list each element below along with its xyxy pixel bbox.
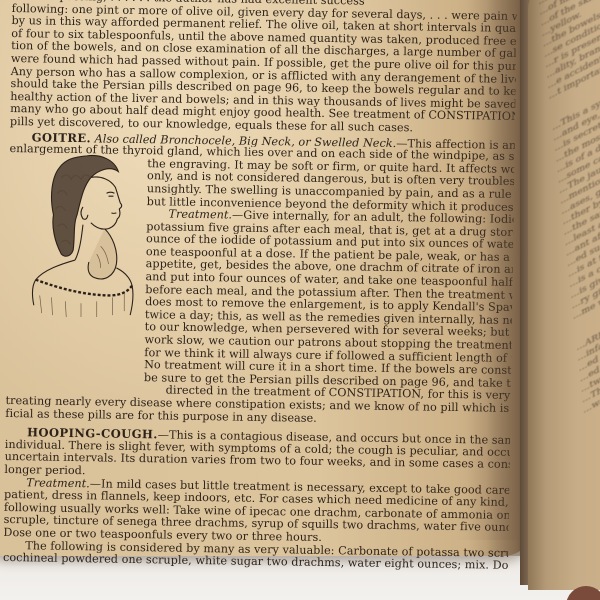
right-page: ...a Jaun- ...of mine ...of the skin, ..… [528,0,600,590]
goitre-text-beside-image: the engraving. It may be soft or firm, o… [144,158,515,403]
treatment-label: Treatment. [168,208,232,221]
treatment-label: Treatment. [26,477,90,490]
gallstone-paragraph: stone is passing, . . . . . . the author… [10,0,517,136]
book-photo: stone is passing, . . . . . . the author… [0,0,600,600]
right-page-text: ...a Jaun- ...of mine ...of the skin, ..… [538,0,600,417]
left-page: stone is passing, . . . . . . the author… [0,0,532,556]
goitre-engraving-illustration [22,148,140,320]
hooping-cough-section: HOOPING-COUGH.—This is a contagious dise… [3,426,510,572]
